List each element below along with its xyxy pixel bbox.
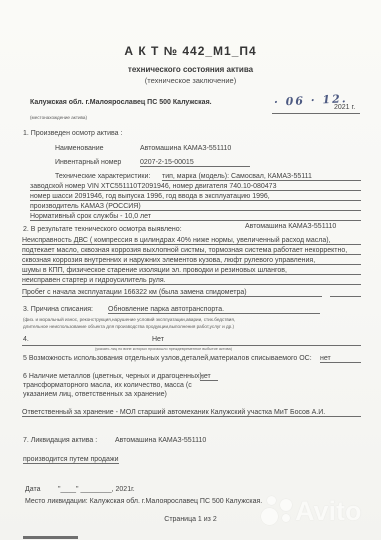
section1-row-value: тип, марка (модель): Самосвал, КАМАЗ-551… <box>162 173 361 181</box>
date-year: 2021 г. <box>334 104 355 111</box>
section2-line: неисправен стартер и гидроусилитель руля… <box>22 277 361 285</box>
avito-logo-icon <box>267 496 276 505</box>
section1-row-value: Автомашина КАМАЗ-551110 <box>140 145 231 152</box>
section2-line: Неисправность ДВС ( компрессия в цилиндр… <box>22 237 361 245</box>
avito-logo-icon <box>282 514 290 522</box>
document-subtitle: технического состояния актива <box>0 65 381 74</box>
section3-caption: (физ. и моральный износ, реконструкция,н… <box>23 317 235 322</box>
document-page: А К Т № 442_М1_П4 технического состояния… <box>0 0 381 540</box>
section1-heading: 1. Произведен осмотр актива : <box>23 130 122 137</box>
asset-location: Калужская обл. г.Малоярославец ПС 500 Ка… <box>30 99 212 106</box>
document-subtitle2: (техническое заключение) <box>0 76 381 85</box>
section5-value: нет <box>320 355 361 363</box>
section6-line: трансформаторного масла, их количество, … <box>23 382 192 389</box>
section5-heading: 5 Возможность использования отдельных уз… <box>23 355 312 362</box>
section1-row-label: Наименование <box>55 145 104 152</box>
section1-row-label: Технические характеристики: <box>55 173 150 180</box>
section6-line: указанием лиц, ответственных за хранение… <box>23 391 167 398</box>
section2-line: сквозная коррозия внутренних и наружних … <box>22 257 361 265</box>
section2-asset: Автомашина КАМАЗ-551110 <box>245 223 336 230</box>
mileage-right-underline <box>330 296 361 297</box>
footer-date-label: Дата <box>25 486 41 493</box>
date-underline <box>272 113 360 114</box>
section3-caption: длительное неиспользование объекта для п… <box>23 324 234 329</box>
cutoff-table-edge <box>23 536 78 539</box>
avito-logo-icon <box>261 508 278 525</box>
avito-watermark-text: Avito <box>295 496 362 527</box>
section3-heading: 3. Причина списания: <box>23 306 93 313</box>
section2-line: подтекает масло, сквозная коррозия выхло… <box>22 247 361 255</box>
custodian-line: Ответственный за хранение - МОЛ старший … <box>22 409 361 417</box>
document-title: А К Т № 442_М1_П4 <box>0 44 381 58</box>
footer-date-blank: "____" ________, 2021г. <box>58 486 135 493</box>
liquidation-method: производится путем продажи <box>23 456 119 464</box>
section7-heading: 7. Ликвидация актива : <box>23 437 97 444</box>
section4-caption: (указать лиц по вине которых произошло п… <box>95 347 232 351</box>
avito-logo-icon <box>280 499 292 511</box>
section2-line: шумы в КПП, физическое старение изоляции… <box>22 267 361 275</box>
location-caption: (местонахождение актива) <box>30 115 87 120</box>
section1-line: Нормативный срок службы - 10,0 лет <box>30 213 361 221</box>
section1-line: номер шасси 2091946, год выпуска 1996, г… <box>30 193 361 201</box>
section6-value: нет <box>200 373 218 381</box>
section1-row-label: Инвентарный номер <box>55 159 121 166</box>
section4-value: Нет <box>152 336 164 343</box>
liquidation-place: Место ликвидации: Калужская обл. г.Малоя… <box>25 498 262 505</box>
section1-line: заводской номер VIN XTC551110T2091946, н… <box>30 183 361 191</box>
avito-watermark: Avito <box>259 488 377 534</box>
section4-underline <box>22 345 361 346</box>
section3-value: Обновление парка автотранспорта. <box>108 306 320 314</box>
photo-frame: А К Т № 442_М1_П4 технического состояния… <box>0 0 381 540</box>
section6-line: 6 Наличие металлов (цветных, черных и др… <box>23 373 204 380</box>
mileage-line: Пробег с начала эксплуатации 166322 км (… <box>22 289 322 297</box>
section4-number: 4. <box>23 336 29 343</box>
section2-heading: 2. В результате технического осмотра выя… <box>23 226 182 233</box>
section1-row-value: 0207-2-15-00015 <box>140 159 250 167</box>
section1-line: производитель КАМАЗ (РОССИЯ) <box>30 203 361 211</box>
section7-asset: Автомашина КАМАЗ-551110 <box>115 437 206 444</box>
